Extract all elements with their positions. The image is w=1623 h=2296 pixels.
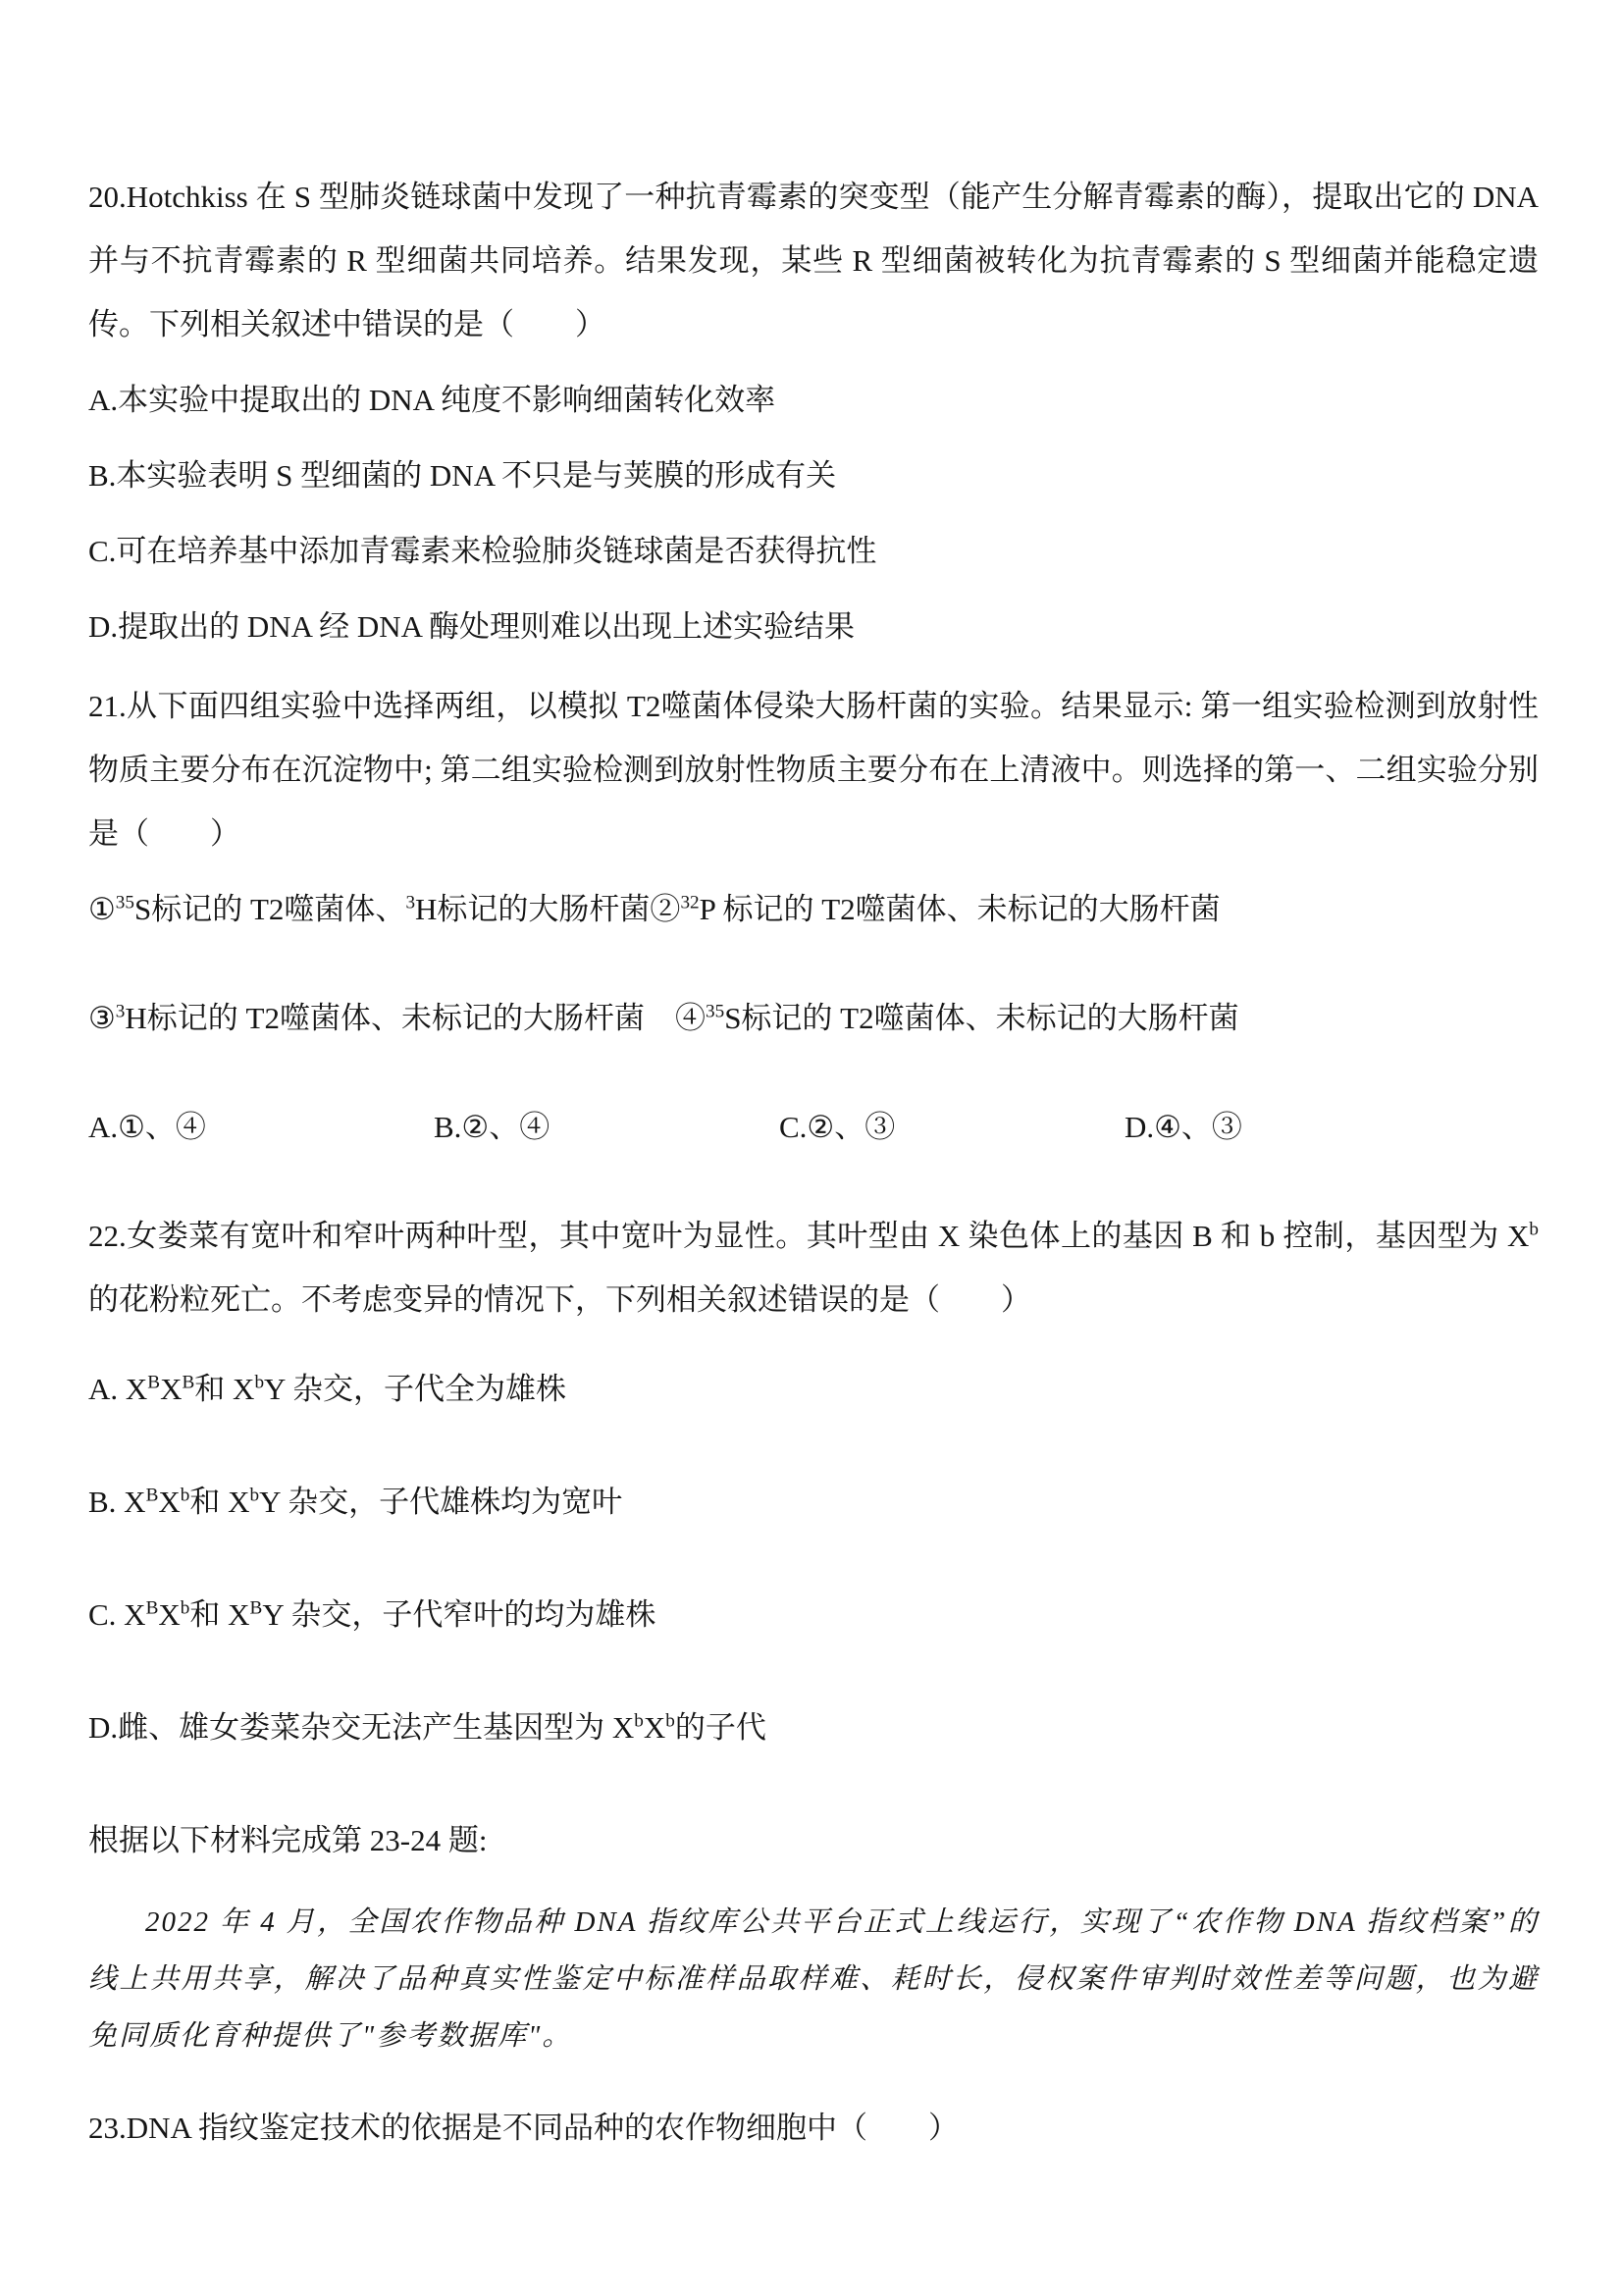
question-22-option-d: D.雌、雄女娄菜杂交无法产生基因型为 XbXb的子代 xyxy=(88,1696,1539,1759)
material-instruction: 根据以下材料完成第 23-24 题: xyxy=(88,1808,1539,1872)
question-23-stem: 23.DNA 指纹鉴定技术的依据是不同品种的农作物细胞中（ ） xyxy=(88,2096,1539,2160)
question-21-choice-c: C.②、③ xyxy=(779,1095,1125,1159)
question-20-option-a: A.本实验中提取出的 DNA 纯度不影响细菌转化效率 xyxy=(88,368,1539,432)
question-21-experiment-groups-line2: ③3H标记的 T2噬菌体、未标记的大肠杆菌 ④35S标记的 T2噬菌体、未标记的… xyxy=(88,986,1539,1050)
question-21-stem: 21.从下面四组实验中选择两组，以模拟 T2噬菌体侵染大肠杆菌的实验。结果显示:… xyxy=(88,674,1539,865)
question-20-option-d: D.提取出的 DNA 经 DNA 酶处理则难以出现上述实验结果 xyxy=(88,595,1539,658)
question-21-choices-row: A.①、④ B.②、④ C.②、③ D.④、③ xyxy=(88,1095,1539,1159)
question-21-choice-d: D.④、③ xyxy=(1125,1095,1242,1159)
question-21-experiment-groups-line1: ①35S标记的 T2噬菌体、3H标记的大肠杆菌②32P 标记的 T2噬菌体、未标… xyxy=(88,877,1539,941)
question-20-stem: 20.Hotchkiss 在 S 型肺炎链球菌中发现了一种抗青霉素的突变型（能产… xyxy=(88,165,1539,356)
question-22-stem: 22.女娄菜有宽叶和窄叶两种叶型，其中宽叶为显性。其叶型由 X 染色体上的基因 … xyxy=(88,1204,1539,1331)
question-20-option-c: C.可在培养基中添加青霉素来检验肺炎链球菌是否获得抗性 xyxy=(88,519,1539,583)
question-22-option-b: B. XBXb和 XbY 杂交，子代雄株均为宽叶 xyxy=(88,1470,1539,1534)
question-22-option-a: A. XBXB和 XbY 杂交，子代全为雄株 xyxy=(88,1357,1539,1421)
question-22-option-c: C. XBXb和 XBY 杂交，子代窄叶的均为雄株 xyxy=(88,1583,1539,1646)
material-passage: 2022 年 4 月，全国农作物品种 DNA 指纹库公共平台正式上线运行，实现了… xyxy=(88,1894,1539,2064)
question-21-choice-a: A.①、④ xyxy=(88,1095,434,1159)
question-21-choice-b: B.②、④ xyxy=(434,1095,779,1159)
question-20-option-b: B.本实验表明 S 型细菌的 DNA 不只是与荚膜的形成有关 xyxy=(88,444,1539,507)
exam-page: 20.Hotchkiss 在 S 型肺炎链球菌中发现了一种抗青霉素的突变型（能产… xyxy=(0,0,1623,2296)
